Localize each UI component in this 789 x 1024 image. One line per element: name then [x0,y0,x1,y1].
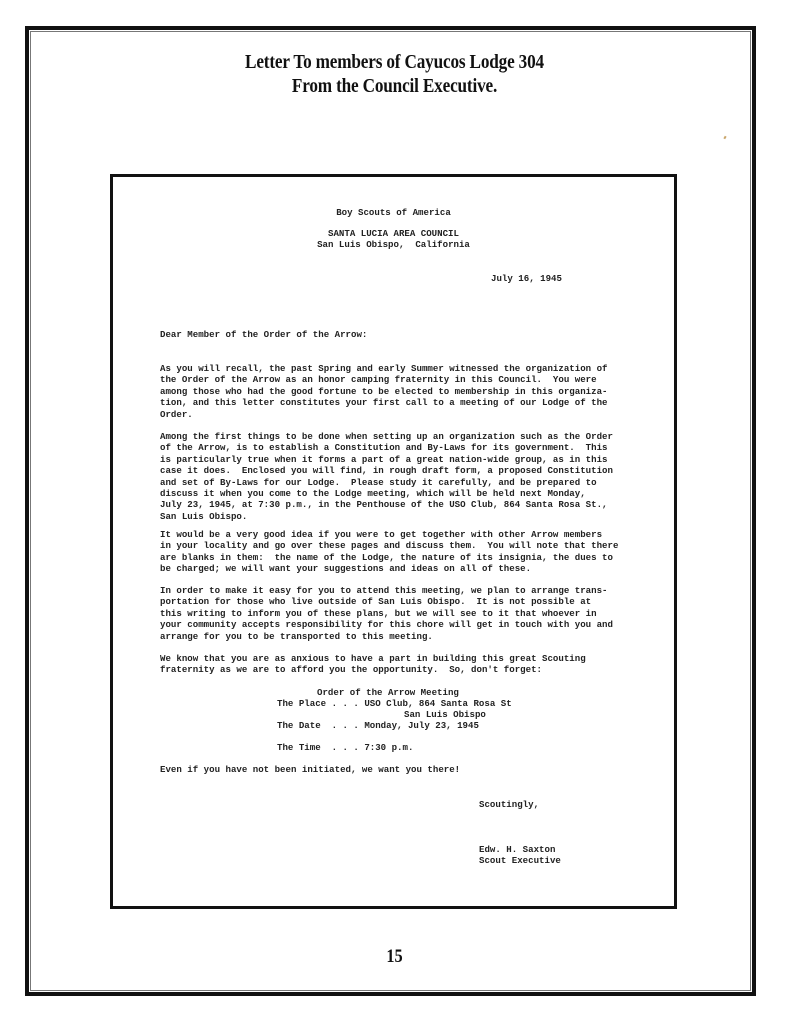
meeting-place-city: San Luis Obispo [404,709,486,720]
paragraph-1: As you will recall, the past Spring and … [160,363,608,420]
meeting-place: The Place . . . USO Club, 864 Santa Rosa… [277,698,512,709]
letterhead-location: San Luis Obispo, California [113,239,674,250]
letterhead-organization: Boy Scouts of America [113,207,674,218]
paragraph-3: It would be a very good idea if you were… [160,529,618,575]
paragraph-4: In order to make it easy for you to atte… [160,585,613,642]
signer-name: Edw. H. Saxton [479,844,555,855]
letterhead-council: SANTA LUCIA AREA COUNCIL [113,228,674,239]
page-title-line-1: Letter To members of Cayucos Lodge 304 [55,50,734,74]
paragraph-2: Among the first things to be done when s… [160,431,613,522]
meeting-time: The Time . . . 7:30 p.m. [277,742,413,753]
salutation: Dear Member of the Order of the Arrow: [160,329,367,340]
meeting-heading: Order of the Arrow Meeting [317,687,459,698]
page-title-line-2: From the Council Executive. [55,74,734,98]
valediction: Scoutingly, [479,799,539,810]
closing-note: Even if you have not been initiated, we … [160,764,460,775]
page-title: Letter To members of Cayucos Lodge 304 F… [55,50,734,98]
letter-document: Boy Scouts of America SANTA LUCIA AREA C… [110,174,677,909]
page-number: 15 [55,946,734,968]
paragraph-5: We know that you are as anxious to have … [160,653,586,676]
meeting-date: The Date . . . Monday, July 23, 1945 [277,720,479,731]
letter-date: July 16, 1945 [491,273,562,284]
signer-title: Scout Executive [479,855,561,866]
